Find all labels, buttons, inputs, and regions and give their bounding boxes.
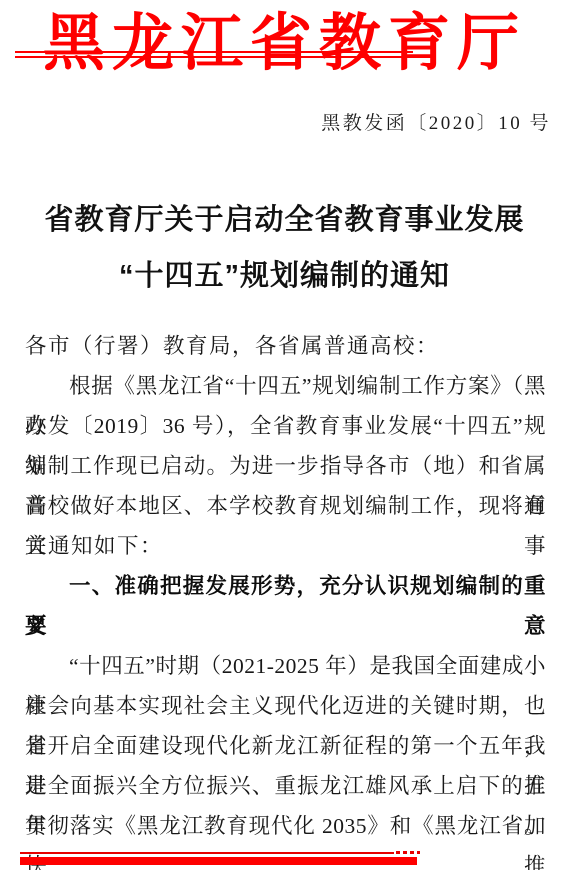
document-body: 各市（行署）教育局，各省属普通高校： 根据《黑龙江省“十四五”规划编制工作方案》… (25, 326, 546, 846)
document-title-line-1: 省教育厅关于启动全省教育事业发展 (0, 192, 569, 248)
page-bottom-thin-rule (20, 852, 394, 854)
scanned-official-document: 黑龙江省教育厅 黑教发函〔2020〕10 号 省教育厅关于启动全省教育事业发展 … (0, 0, 569, 870)
body-line: 编制工作现已启动。为进一步指导各市（地）和省属普通 (25, 446, 546, 486)
body-line: 高校做好本地区、本学校教育规划编制工作，现将有关事 (25, 486, 546, 526)
body-line: 贯彻落实《黑龙江教育现代化 2035》和《黑龙江省加快推 (25, 806, 546, 846)
agency-letterhead: 黑龙江省教育厅 (0, 0, 569, 88)
page-bottom-dashed-rule (396, 851, 420, 854)
page-bottom-thick-rule (20, 857, 417, 865)
body-line: 省开启全面建设现代化新龙江新征程的第一个五年，是推 (25, 726, 546, 766)
letterhead-rule-bottom (15, 56, 413, 58)
body-line: “十四五”时期（2021-2025 年）是我国全面建成小康 (25, 646, 546, 686)
letterhead-rule-top (15, 51, 413, 53)
document-title-line-2: “十四五”规划编制的通知 (0, 248, 569, 304)
body-line: 社会向基本实现社会主义现代化迈进的关键时期，也是我 (25, 686, 546, 726)
document-number: 黑教发函〔2020〕10 号 (321, 108, 551, 135)
body-line: 根据《黑龙江省“十四五”规划编制工作方案》（黑政 (25, 366, 546, 406)
salutation-line: 各市（行署）教育局，各省属普通高校： (25, 326, 546, 366)
body-line: 进全面振兴全方位振兴、重振龙江雄风承上启下的五年。 (25, 766, 546, 806)
section-heading-line: 一、准确把握发展形势，充分认识规划编制的重要意 (25, 566, 546, 606)
document-title: 省教育厅关于启动全省教育事业发展 “十四五”规划编制的通知 (0, 192, 569, 304)
body-line: 办发〔2019〕36 号），全省教育事业发展“十四五”规划 (25, 406, 546, 446)
